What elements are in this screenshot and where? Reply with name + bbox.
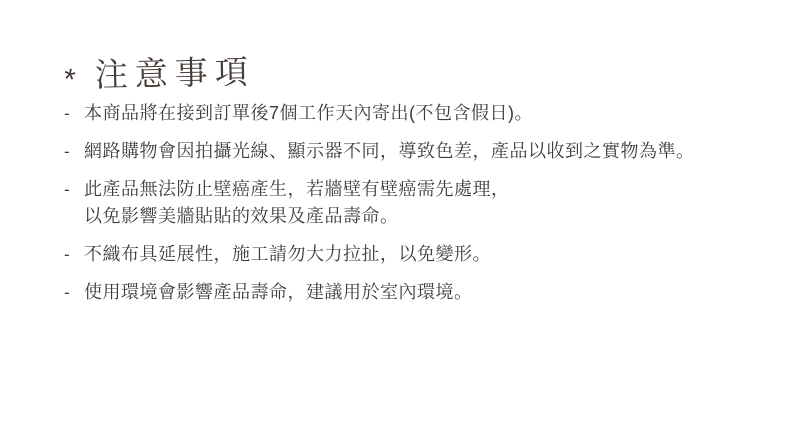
bullet-dash-icon: - <box>64 279 84 306</box>
list-item: - 使用環境會影響產品壽命，建議用於室內環境。 <box>64 279 764 306</box>
list-item: - 此產品無法防止壁癌產生，若牆壁有壁癌需先處理， 以免影響美牆貼貼的效果及產品… <box>64 176 764 230</box>
bullet-dash-icon: - <box>64 138 84 165</box>
note-text: 本商品將在接到訂單後7個工作天內寄出(不包含假日)。 <box>84 100 764 127</box>
bullet-dash-icon: - <box>64 176 84 203</box>
note-text: 使用環境會影響產品壽命，建議用於室內環境。 <box>84 279 764 306</box>
note-line: 此產品無法防止壁癌產生，若牆壁有壁癌需先處理， <box>84 176 764 203</box>
note-line: 使用環境會影響產品壽命，建議用於室內環境。 <box>84 279 764 306</box>
notes-list: - 本商品將在接到訂單後7個工作天內寄出(不包含假日)。 - 網路購物會因拍攝光… <box>64 100 764 317</box>
note-text: 不織布具延展性，施工請勿大力拉扯，以免變形。 <box>84 241 764 268</box>
page-title: *注意事項 <box>63 46 256 97</box>
list-item: - 本商品將在接到訂單後7個工作天內寄出(不包含假日)。 <box>64 100 764 127</box>
page-title-text: 注意事項 <box>94 53 255 93</box>
note-text: 網路購物會因拍攝光線、顯示器不同，導致色差，產品以收到之實物為準。 <box>84 138 764 165</box>
note-line: 以免影響美牆貼貼的效果及產品壽命。 <box>84 203 764 230</box>
notice-page: *注意事項 - 本商品將在接到訂單後7個工作天內寄出(不包含假日)。 - 網路購… <box>0 0 800 433</box>
note-line: 網路購物會因拍攝光線、顯示器不同，導致色差，產品以收到之實物為準。 <box>84 138 764 165</box>
note-line: 本商品將在接到訂單後7個工作天內寄出(不包含假日)。 <box>84 100 764 127</box>
bullet-dash-icon: - <box>64 241 84 268</box>
note-text: 此產品無法防止壁癌產生，若牆壁有壁癌需先處理， 以免影響美牆貼貼的效果及產品壽命… <box>84 176 764 230</box>
asterisk-icon: * <box>61 63 85 99</box>
bullet-dash-icon: - <box>64 100 84 127</box>
note-line: 不織布具延展性，施工請勿大力拉扯，以免變形。 <box>84 241 764 268</box>
list-item: - 不織布具延展性，施工請勿大力拉扯，以免變形。 <box>64 241 764 268</box>
list-item: - 網路購物會因拍攝光線、顯示器不同，導致色差，產品以收到之實物為準。 <box>64 138 764 165</box>
